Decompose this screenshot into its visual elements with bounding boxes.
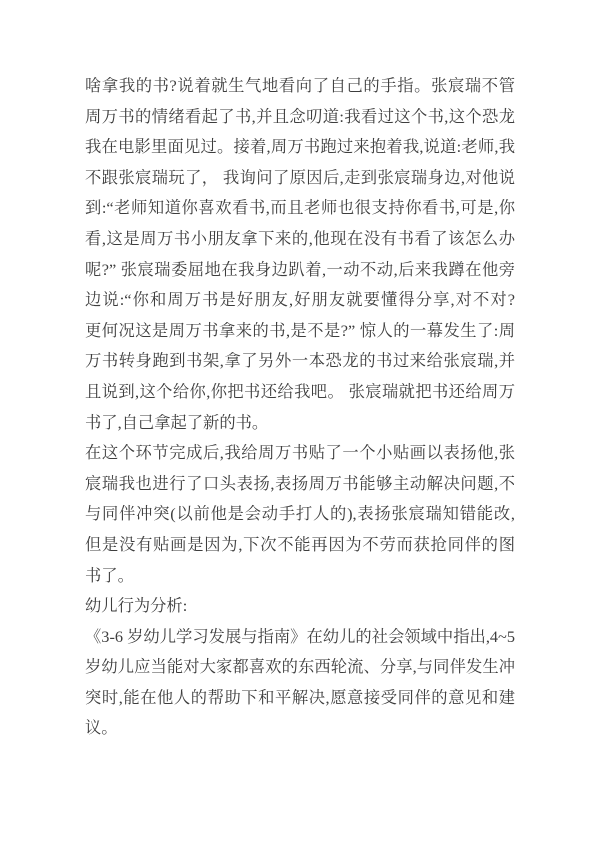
text-line: 但是没有贴画是因为,下次不能再因为不劳而获抢同伴的图 — [85, 530, 515, 561]
text-line: 啥拿我的书?说着就生气地看向了自己的手指。张宸瑞不管 — [85, 71, 515, 102]
text-line: 幼儿行为分析: — [85, 591, 515, 622]
text-line: 《3-6 岁幼儿学习发展与指南》在幼儿的社会领域中指出,4~5 — [85, 622, 515, 653]
text-line: 岁幼儿应当能对大家都喜欢的东西轮流、分享,与同伴发生冲 — [85, 652, 515, 683]
text-line: 万书转身跑到书架,拿了另外一本恐龙的书过来给张宸瑞,并 — [85, 346, 515, 377]
document-page: 啥拿我的书?说着就生气地看向了自己的手指。张宸瑞不管周万书的情绪看起了书,并且念… — [0, 0, 595, 842]
text-line: 书了,自己拿起了新的书。 — [85, 408, 515, 439]
text-line: 书了。 — [85, 561, 515, 592]
paragraph: 幼儿行为分析: — [85, 591, 515, 622]
paragraph: 啥拿我的书?说着就生气地看向了自己的手指。张宸瑞不管周万书的情绪看起了书,并且念… — [85, 71, 515, 438]
text-line: 边说:“你和周万书是好朋友,好朋友就要懂得分享,对不对? — [85, 285, 515, 316]
text-line: 我在电影里面见过。接着,周万书跑过来抱着我,说道:老师,我 — [85, 132, 515, 163]
text-line: 不跟张宸瑞玩了， 我询问了原因后,走到张宸瑞身边,对他说 — [85, 163, 515, 194]
paragraph: 在这个环节完成后,我给周万书贴了一个小贴画以表扬他,张宸瑞我也进行了口头表扬,表… — [85, 438, 515, 591]
text-line: 与同伴冲突(以前他是会动手打人的),表扬张宸瑞知错能改, — [85, 499, 515, 530]
text-line: 且说到,这个给你,你把书还给我吧。 张宸瑞就把书还给周万 — [85, 377, 515, 408]
text-line: 周万书的情绪看起了书,并且念叨道:我看过这个书,这个恐龙 — [85, 102, 515, 133]
text-line: 宸瑞我也进行了口头表扬,表扬周万书能够主动解决问题,不 — [85, 469, 515, 500]
text-line: 突时,能在他人的帮助下和平解决,愿意接受同伴的意见和建 — [85, 683, 515, 714]
text-line: 在这个环节完成后,我给周万书贴了一个小贴画以表扬他,张 — [85, 438, 515, 469]
text-line: 到:“老师知道你喜欢看书,而且老师也很支持你看书,可是,你 — [85, 193, 515, 224]
text-line: 看,这是周万书小朋友拿下来的,他现在没有书看了该怎么办 — [85, 224, 515, 255]
text-line: 更何况这是周万书拿来的书,是不是?” 惊人的一幕发生了:周 — [85, 316, 515, 347]
text-line: 呢?” 张宸瑞委屈地在我身边趴着,一动不动,后来我蹲在他旁 — [85, 255, 515, 286]
document-body: 啥拿我的书?说着就生气地看向了自己的手指。张宸瑞不管周万书的情绪看起了书,并且念… — [85, 71, 515, 744]
text-line: 议。 — [85, 713, 515, 744]
paragraph: 《3-6 岁幼儿学习发展与指南》在幼儿的社会领域中指出,4~5岁幼儿应当能对大家… — [85, 622, 515, 744]
